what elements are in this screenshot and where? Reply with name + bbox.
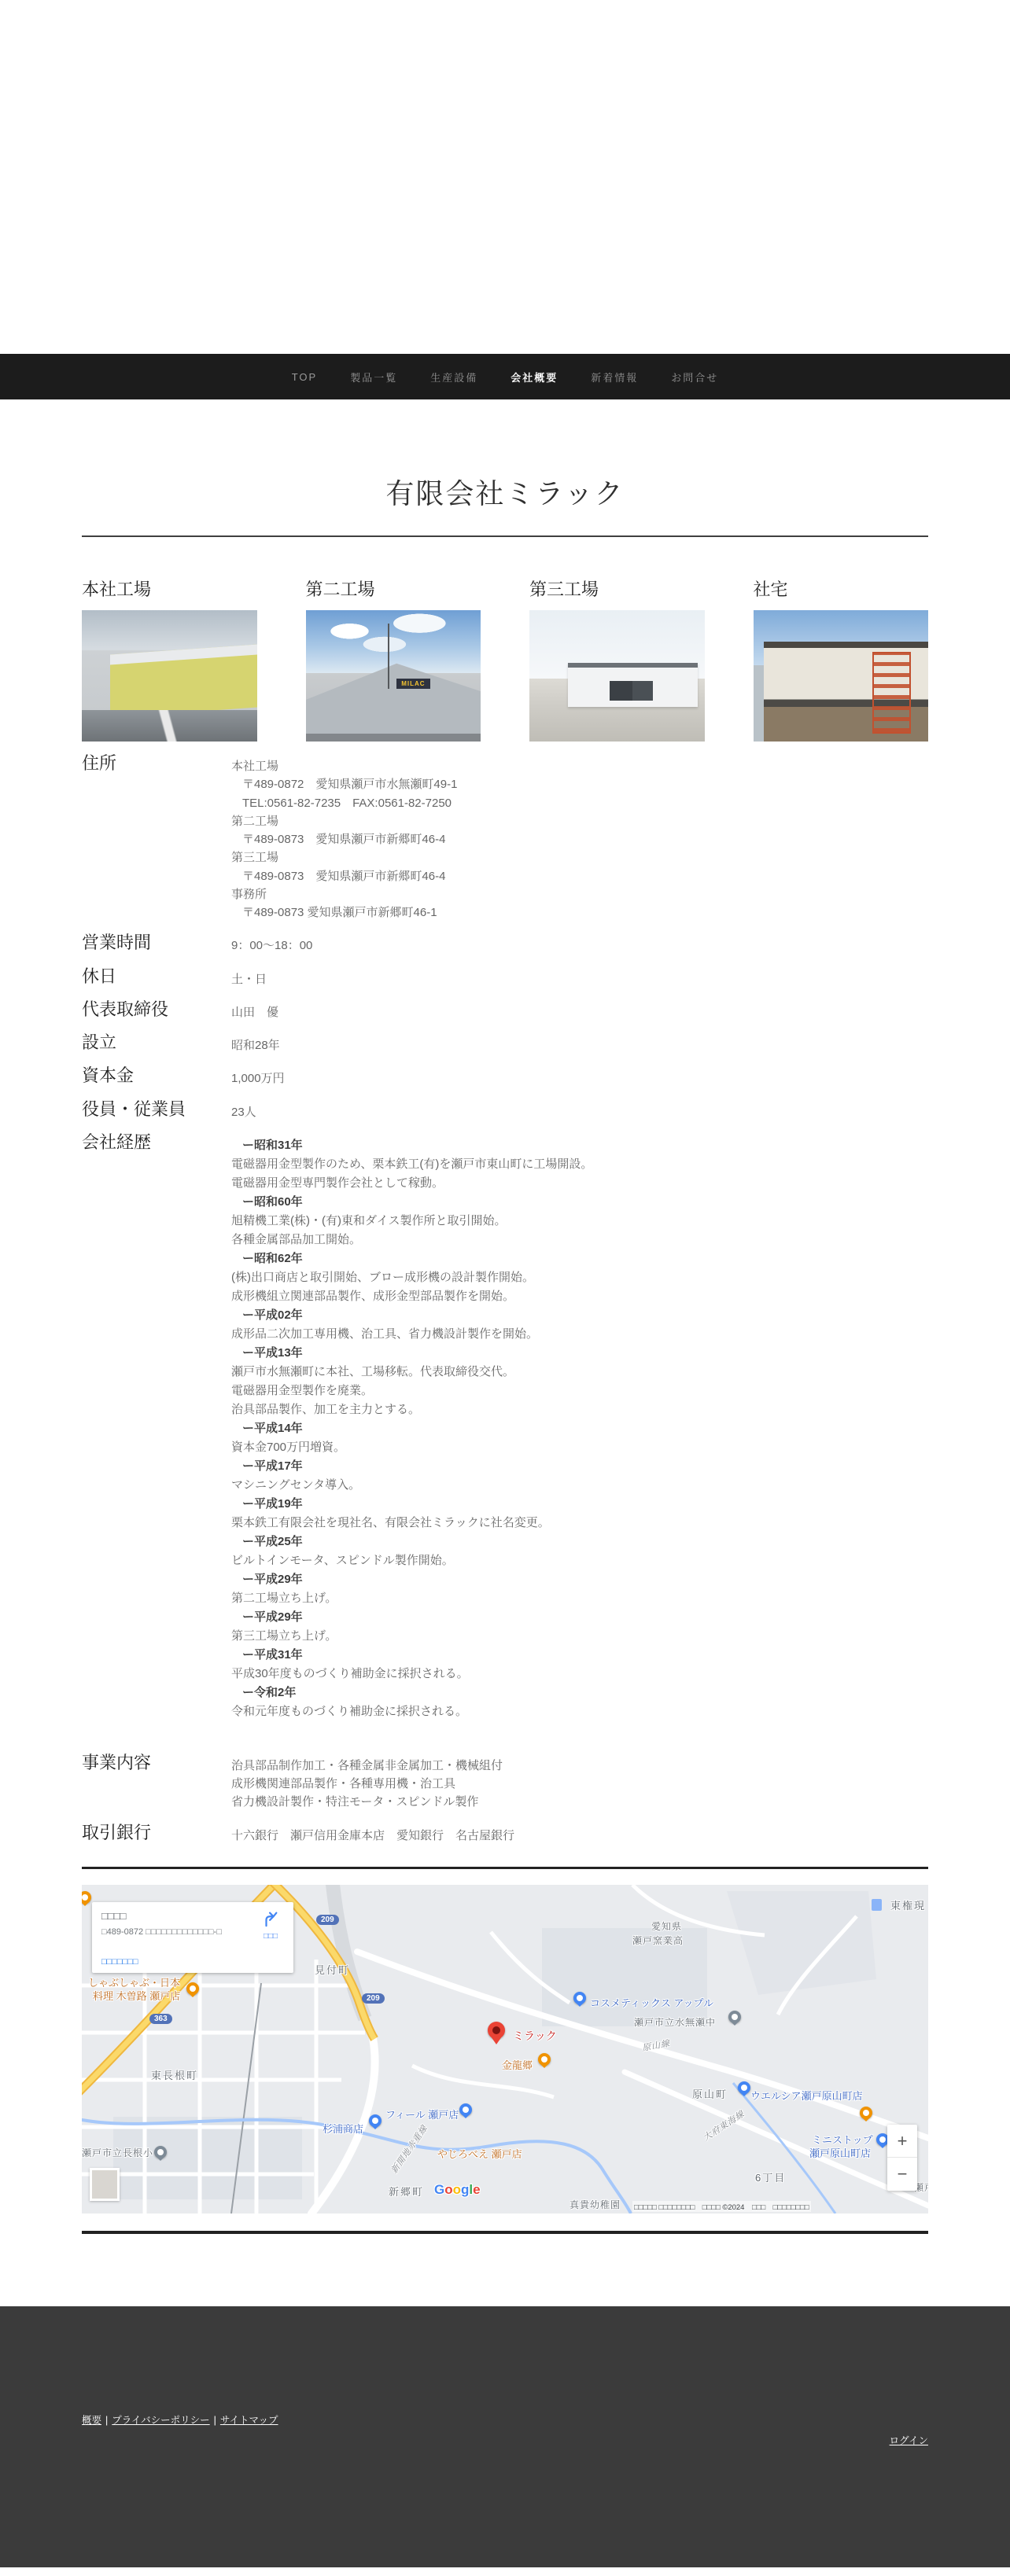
- history-event-0-0: 電磁器用金型製作のため、栗本鉄工(有)を瀬戸市東山町に工場開設。: [231, 1155, 928, 1174]
- history-value: ー昭和31年電磁器用金型製作のため、栗本鉄工(有)を瀬戸市東山町に工場開設。電磁…: [231, 1133, 928, 1721]
- footer-link-separator: |: [214, 2415, 216, 2426]
- map-zoom-control: + −: [887, 2125, 917, 2191]
- google-logo-letter-5: e: [473, 2182, 480, 2197]
- history-year-2: ー昭和62年: [231, 1249, 928, 1268]
- map-label-4: 209: [316, 1915, 339, 1925]
- bottom-divider: [82, 2231, 928, 2234]
- photo-label-0: 本社工場: [82, 576, 257, 601]
- info-row-history: 会社経歴 ー昭和31年電磁器用金型製作のため、栗本鉄工(有)を瀬戸市東山町に工場…: [82, 1133, 928, 1721]
- photo-image-3: [754, 610, 929, 742]
- zoom-in-button[interactable]: +: [887, 2125, 917, 2158]
- footer-login-row: ログイン: [82, 2433, 928, 2448]
- history-event-10-0: 第三工場立ち上げ。: [231, 1627, 928, 1646]
- map-label-2: 瀬戸窯業高: [632, 1934, 684, 1947]
- history-year-8: ー平成25年: [231, 1533, 928, 1551]
- address-line-7: 事務所: [231, 885, 928, 903]
- address-line-6: 〒489-0873 愛知県瀬戸市新郷町46-4: [231, 867, 928, 885]
- view-larger-map-link[interactable]: □□□□□□□: [101, 1957, 138, 1967]
- history-event-8-0: ビルトインモータ、スピンドル製作開始。: [231, 1551, 928, 1570]
- photo-image-1: MILAC: [306, 610, 481, 742]
- history-event-11-0: 平成30年度ものづくり補助金に採択される。: [231, 1665, 928, 1684]
- history-year-1: ー昭和60年: [231, 1193, 928, 1212]
- footer-link-2[interactable]: サイトマップ: [220, 2415, 278, 2426]
- history-year-11: ー平成31年: [231, 1646, 928, 1665]
- history-event-4-0: 瀬戸市水無瀬町に本社、工場移転。代表取締役交代。: [231, 1363, 928, 1382]
- address-line-8: 〒489-0873 愛知県瀬戸市新郷町46-1: [231, 903, 928, 922]
- footer: 概要|プライバシーポリシー|サイトマップ ログイン: [0, 2306, 1010, 2567]
- history-year-10: ー平成29年: [231, 1608, 928, 1627]
- photo-image-0: [82, 610, 257, 742]
- shop-pin-feel-icon: [459, 2103, 472, 2116]
- company-info: 住所 本社工場〒489-0872 愛知県瀬戸市水無瀬町49-1TEL:0561-…: [82, 754, 928, 1845]
- info-row-president: 代表取締役 山田 優: [82, 1000, 928, 1021]
- history-event-2-1: 成形機組立関連部品製作、成形金型部品製作を開始。: [231, 1287, 928, 1306]
- map-label-27: 真貴幼稚園: [570, 2198, 621, 2211]
- top-spacer: [0, 0, 1010, 354]
- history-event-4-2: 治具部品製作、加工を主力とする。: [231, 1400, 928, 1419]
- map-label-0: 東権現: [890, 1897, 926, 1912]
- address-line-1: 〒489-0872 愛知県瀬戸市水無瀬町49-1: [231, 775, 928, 793]
- address-label: 住所: [82, 754, 231, 922]
- capital-label: 資本金: [82, 1066, 231, 1087]
- page: TOP製品一覧生産設備会社概要新着情報お問合せ 有限会社ミラック 本社工場第二工…: [0, 0, 1010, 2567]
- map-label-20: フィール 瀬戸店: [385, 2107, 459, 2122]
- banks-value: 十六銀行 瀬戸信用金庫本店 愛知銀行 名古屋銀行: [231, 1823, 928, 1845]
- nav-item-0[interactable]: TOP: [292, 371, 318, 383]
- hours-value: 9：00〜18：00: [231, 933, 928, 955]
- photo-label-3: 社宅: [754, 576, 929, 601]
- footer-links: 概要|プライバシーポリシー|サイトマップ: [82, 2412, 928, 2427]
- history-year-7: ー平成19年: [231, 1495, 928, 1514]
- history-event-1-1: 各種金属部品加工開始。: [231, 1231, 928, 1249]
- capital-value: 1,000万円: [231, 1066, 928, 1087]
- staff-value: 23人: [231, 1100, 928, 1121]
- photo-label-1: 第二工場: [306, 576, 481, 601]
- photo-block-2: 第三工場: [529, 576, 705, 742]
- history-year-6: ー平成17年: [231, 1457, 928, 1476]
- business-line-1: 成形機関連部品製作・各種専用機・治工具: [231, 1775, 928, 1793]
- map-label-19: 杉浦商店: [323, 2121, 363, 2136]
- history-event-9-0: 第二工場立ち上げ。: [231, 1589, 928, 1608]
- google-logo-letter-2: o: [453, 2182, 461, 2197]
- map-label-8: 料理 木曽路 瀬戸店: [93, 1988, 180, 2003]
- restaurant-pin-kinryukyo-icon: [538, 2053, 551, 2066]
- directions-label: □□□: [257, 1932, 284, 1941]
- shop-pin-sugiura-icon: [369, 2114, 382, 2127]
- footer-link-1[interactable]: プライバシーポリシー: [112, 2415, 209, 2426]
- spacer: [82, 1733, 928, 1754]
- history-event-7-0: 栗本鉄工有限会社を現社名、有限会社ミラックに社名変更。: [231, 1514, 928, 1533]
- footer-link-separator: |: [105, 2415, 108, 2426]
- content-container: 有限会社ミラック 本社工場第二工場MILAC第三工場社宅 住所 本社工場〒489…: [82, 472, 928, 2234]
- title-divider: [82, 535, 928, 537]
- photo-block-0: 本社工場: [82, 576, 257, 742]
- zoom-out-button[interactable]: −: [887, 2157, 917, 2191]
- map-label-5: 209: [362, 1993, 385, 2004]
- map-label-29: □□□□□ □□□□□□□□ □□□□ ©2024 □□□ □□□□□□□□: [632, 2201, 811, 2212]
- history-event-5-0: 資本金700万円増資。: [231, 1438, 928, 1457]
- map-label-9: コスメティックス アップル: [590, 1995, 713, 2010]
- history-year-12: ー令和2年: [231, 1684, 928, 1702]
- google-logo-letter-0: G: [434, 2182, 444, 2197]
- school-pin-minase-icon: [728, 2011, 741, 2023]
- hours-label: 営業時間: [82, 933, 231, 955]
- history-event-3-0: 成形品二次加工専用機、治工具、省力機設計製作を開始。: [231, 1325, 928, 1344]
- business-label: 事業内容: [82, 1754, 231, 1812]
- footer-inner: 概要|プライバシーポリシー|サイトマップ ログイン: [82, 2412, 928, 2448]
- business-value: 治具部品制作加工・各種金属非金属加工・機械組付成形機関連部品製作・各種専用機・治…: [231, 1754, 928, 1812]
- map-label-16: ウエルシア瀬戸原山町店: [750, 2088, 863, 2103]
- history-event-4-1: 電磁器用金型製作を廃業。: [231, 1382, 928, 1400]
- map-label-25: 新郷町: [389, 2184, 424, 2199]
- info-row-hours: 営業時間 9：00〜18：00: [82, 933, 928, 955]
- nav-item-3[interactable]: 会社概要: [511, 370, 558, 385]
- business-line-2: 省力機設計製作・特注モータ・スピンドル製作: [231, 1793, 928, 1811]
- footer-link-0[interactable]: 概要: [82, 2415, 101, 2426]
- president-label: 代表取締役: [82, 1000, 231, 1021]
- president-value: 山田 優: [231, 1000, 928, 1021]
- address-line-4: 〒489-0873 愛知県瀬戸市新郷町46-4: [231, 830, 928, 848]
- nav-item-4[interactable]: 新着情報: [591, 370, 638, 385]
- map-label-18: 瀬戸市立長根小: [82, 2146, 153, 2159]
- history-year-3: ー平成02年: [231, 1306, 928, 1325]
- holiday-label: 休日: [82, 967, 231, 988]
- map-label-22: やじろべえ 瀬戸店: [437, 2146, 522, 2161]
- map-label-15: 原山町: [692, 2086, 728, 2101]
- info-row-staff: 役員・従業員 23人: [82, 1100, 928, 1121]
- map-label-14: 東長根町: [151, 2067, 198, 2082]
- factory-photo-grid: 本社工場第二工場MILAC第三工場社宅: [82, 576, 928, 742]
- map-label-1: 愛知県: [651, 1919, 682, 1933]
- milac-place-pin-icon: [488, 2022, 505, 2039]
- nav-item-1[interactable]: 製品一覧: [350, 370, 397, 385]
- shop-pin-welcia-icon: [738, 2081, 750, 2094]
- photo-block-1: 第二工場MILAC: [306, 576, 481, 742]
- info-row-address: 住所 本社工場〒489-0872 愛知県瀬戸市水無瀬町49-1TEL:0561-…: [82, 754, 928, 922]
- address-line-2: TEL:0561-82-7235 FAX:0561-82-7250: [231, 794, 928, 812]
- map-label-24: 瀬戸原山町店: [809, 2145, 871, 2160]
- address-line-0: 本社工場: [231, 757, 928, 775]
- info-row-founded: 設立 昭和28年: [82, 1033, 928, 1054]
- address-line-3: 第二工場: [231, 812, 928, 830]
- map-label-6: 363: [149, 2014, 172, 2024]
- map-label-13: 金龍郷: [502, 2057, 533, 2072]
- photo-sign-text: MILAC: [396, 679, 429, 689]
- map-control-placeholder[interactable]: [90, 2168, 120, 2201]
- info-row-holiday: 休日 土・日: [82, 967, 928, 988]
- school-pin-nagane-icon: [154, 2146, 167, 2158]
- restaurant-pin-kisoji-icon: [186, 1982, 199, 1995]
- history-year-5: ー平成14年: [231, 1419, 928, 1438]
- history-event-2-0: (株)出口商店と取引開始、ブロー成形機の設計製作開始。: [231, 1268, 928, 1287]
- top-navigation: TOP製品一覧生産設備会社概要新着情報お問合せ: [0, 354, 1010, 399]
- info-row-business: 事業内容 治具部品制作加工・各種金属非金属加工・機械組付成形機関連部品製作・各種…: [82, 1754, 928, 1812]
- google-logo-letter-3: g: [461, 2182, 469, 2197]
- business-line-0: 治具部品制作加工・各種金属非金属加工・機械組付: [231, 1757, 928, 1775]
- address-line-5: 第三工場: [231, 848, 928, 867]
- google-logo: Google: [434, 2182, 481, 2198]
- map-label-3: 見付町: [315, 1962, 350, 1977]
- history-event-6-0: マシニングセンタ導入。: [231, 1476, 928, 1495]
- map-info-card: □□□□ □489-0872 □□□□□□□□□□□□□-□ □□□ □□□□□…: [92, 1902, 293, 1973]
- photo-label-2: 第三工場: [529, 576, 705, 601]
- staff-label: 役員・従業員: [82, 1100, 231, 1121]
- history-year-0: ー昭和31年: [231, 1136, 928, 1155]
- banks-label: 取引銀行: [82, 1823, 231, 1845]
- history-event-1-0: 旭精機工業(株)・(有)東和ダイス製作所と取引開始。: [231, 1212, 928, 1231]
- google-map[interactable]: □□□□ □489-0872 □□□□□□□□□□□□□-□ □□□ □□□□□…: [82, 1885, 928, 2214]
- nav-item-2[interactable]: 生産設備: [430, 370, 477, 385]
- history-year-4: ー平成13年: [231, 1344, 928, 1363]
- founded-label: 設立: [82, 1033, 231, 1054]
- directions-button[interactable]: □□□: [257, 1910, 284, 1941]
- address-value: 本社工場〒489-0872 愛知県瀬戸市水無瀬町49-1TEL:0561-82-…: [231, 754, 928, 922]
- map-label-12: ミラック: [513, 2028, 557, 2044]
- login-link[interactable]: ログイン: [890, 2435, 928, 2446]
- page-title: 有限会社ミラック: [82, 472, 928, 512]
- info-row-capital: 資本金 1,000万円: [82, 1066, 928, 1087]
- nav-item-5[interactable]: お問合せ: [671, 370, 718, 385]
- photo-image-2: [529, 610, 705, 742]
- holiday-value: 土・日: [231, 967, 928, 988]
- directions-icon: [261, 1917, 280, 1930]
- shop-pin-cosmetics-icon: [573, 1992, 586, 2004]
- map-label-10: 瀬戸市立水無瀬中: [634, 2015, 716, 2029]
- founded-value: 昭和28年: [231, 1033, 928, 1054]
- google-logo-letter-1: o: [444, 2182, 452, 2197]
- history-event-12-0: 令和元年度ものづくり補助金に採択される。: [231, 1702, 928, 1721]
- section-divider: [82, 1867, 928, 1869]
- building-marker-icon: [872, 1899, 882, 1911]
- history-event-0-1: 電磁器用金型専門製作会社として稼動。: [231, 1174, 928, 1193]
- photo-block-3: 社宅: [754, 576, 929, 742]
- history-label: 会社経歴: [82, 1133, 231, 1721]
- info-row-banks: 取引銀行 十六銀行 瀬戸信用金庫本店 愛知銀行 名古屋銀行: [82, 1823, 928, 1845]
- history-year-9: ー平成29年: [231, 1570, 928, 1589]
- cafe-pin-icon: [860, 2107, 872, 2119]
- map-label-26: 6丁目: [755, 2169, 786, 2184]
